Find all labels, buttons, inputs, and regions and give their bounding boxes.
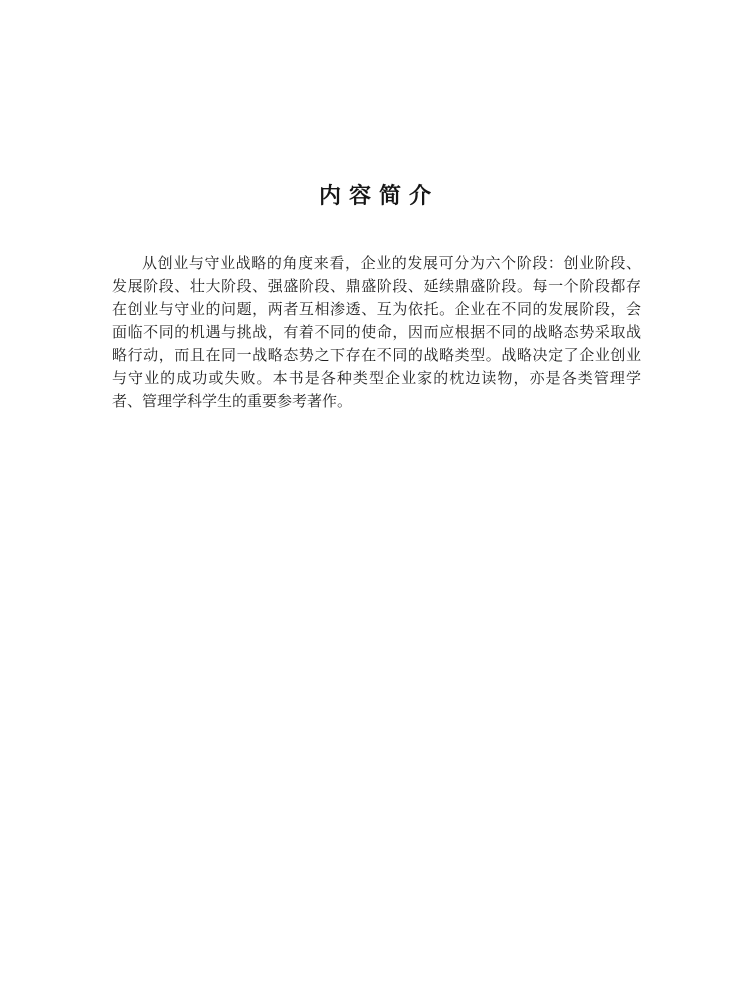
intro-line: 面临不同的机遇与挑战，有着不同的使命，因而应根据不同的战略态势采取战 [112, 321, 641, 344]
intro-line: 发展阶段、壮大阶段、强盛阶段、鼎盛阶段、延续鼎盛阶段。每一个阶段都存 [112, 275, 641, 298]
page-title: 内容简介 [0, 183, 750, 209]
intro-line: 在创业与守业的问题，两者互相渗透、互为依托。企业在不同的发展阶段，会 [112, 298, 641, 321]
book-page: 内容简介 从创业与守业战略的角度来看，企业的发展可分为六个阶段：创业阶段、 发展… [0, 0, 750, 1000]
intro-line: 从创业与守业战略的角度来看，企业的发展可分为六个阶段：创业阶段、 [112, 252, 641, 275]
intro-line: 略行动，而且在同一战略态势之下存在不同的战略类型。战略决定了企业创业 [112, 344, 641, 367]
intro-line: 者、管理学科学生的重要参考著作。 [112, 390, 641, 413]
intro-line: 与守业的成功或失败。本书是各种类型企业家的枕边读物，亦是各类管理学 [112, 367, 641, 390]
intro-paragraph: 从创业与守业战略的角度来看，企业的发展可分为六个阶段：创业阶段、 发展阶段、壮大… [112, 252, 641, 413]
